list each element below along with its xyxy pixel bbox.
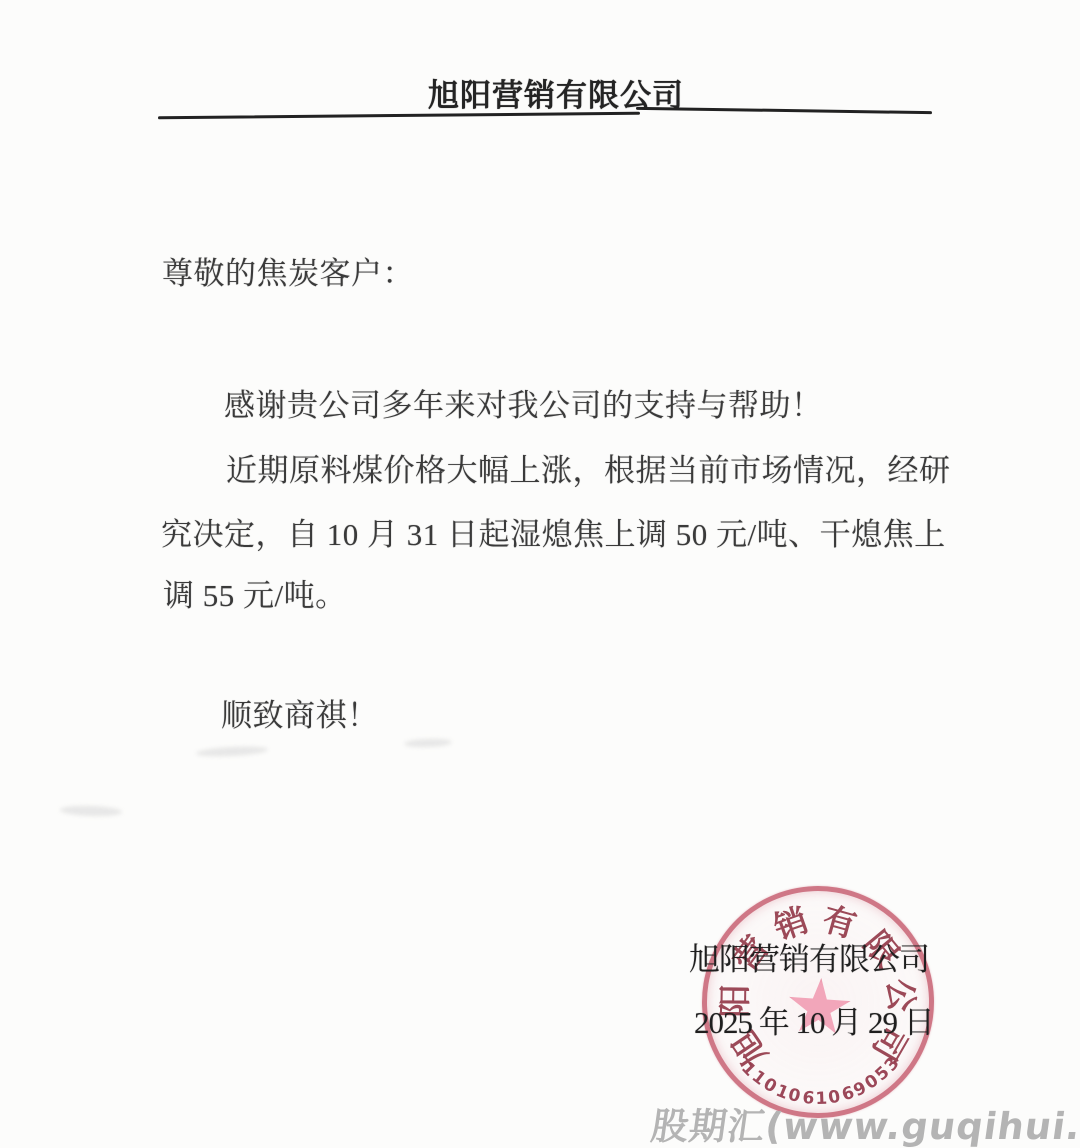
company-seal: 旭阳营销有限公司 1101061069053 bbox=[698, 882, 938, 1122]
salutation: 尊敬的焦炭客户： bbox=[162, 254, 414, 294]
body-line-4: 调 55 元/吨。 bbox=[163, 576, 347, 616]
scanned-letter-page: 旭阳营销有限公司 尊敬的焦炭客户： 感谢贵公司多年来对我公司的支持与帮助！ 近期… bbox=[0, 0, 1080, 1148]
scan-smudge bbox=[404, 738, 452, 748]
scan-smudge bbox=[196, 745, 268, 758]
body-line-1: 感谢贵公司多年来对我公司的支持与帮助！ bbox=[224, 386, 823, 426]
signature-date: 2025 年 10 月 29 日 bbox=[694, 1003, 934, 1043]
body-line-3: 究决定，自 10 月 31 日起湿熄焦上调 50 元/吨、干熄焦上 bbox=[161, 515, 946, 555]
letterhead-rule-left bbox=[158, 112, 640, 120]
closing-salute: 顺致商祺！ bbox=[221, 696, 379, 736]
body-line-2: 近期原料煤价格大幅上涨，根据当前市场情况，经研 bbox=[226, 451, 951, 491]
scan-smudge bbox=[60, 805, 122, 817]
signature-company-name: 旭阳营销有限公司 bbox=[689, 940, 929, 980]
site-watermark: 股期汇(www.guqihui.cn) bbox=[648, 1096, 1080, 1148]
